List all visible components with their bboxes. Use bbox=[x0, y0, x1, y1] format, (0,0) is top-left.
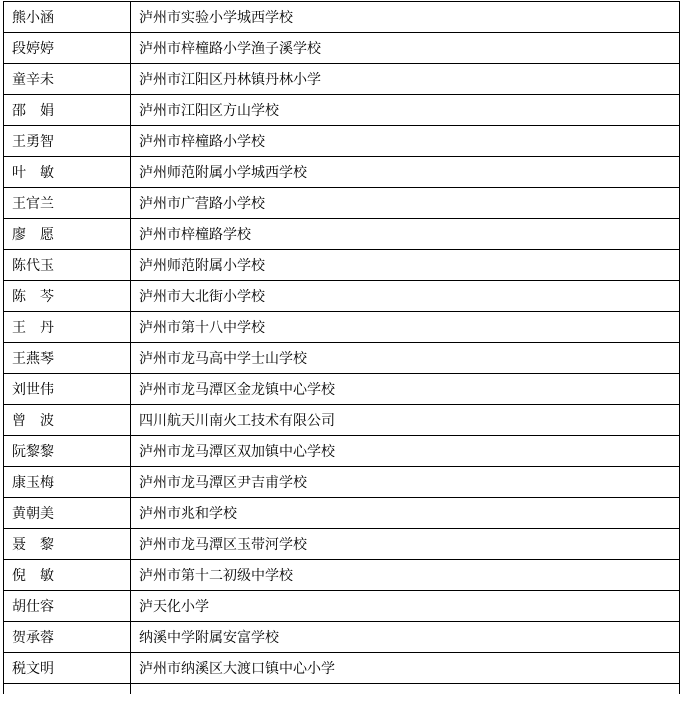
organization-cell: 泸天化小学 bbox=[131, 591, 680, 622]
name-cell bbox=[4, 684, 131, 694]
organization-cell: 泸州市江阳区方山学校 bbox=[131, 95, 680, 126]
organization-cell: 泸州市龙马高中学士山学校 bbox=[131, 343, 680, 374]
name-cell: 邵 娟 bbox=[4, 95, 131, 126]
table-row: 刘世伟泸州市龙马潭区金龙镇中心学校 bbox=[4, 374, 680, 405]
organization-cell: 泸州市龙马潭区双加镇中心学校 bbox=[131, 436, 680, 467]
organization-cell: 泸州市江阳区丹林镇丹林小学 bbox=[131, 64, 680, 95]
roster-table-body: 熊小涵泸州市实验小学城西学校段婷婷泸州市梓橦路小学渔子溪学校童辛未泸州市江阳区丹… bbox=[4, 2, 680, 694]
table-row: 熊小涵泸州市实验小学城西学校 bbox=[4, 2, 680, 33]
organization-cell: 泸州市第十八中学校 bbox=[131, 312, 680, 343]
table-row: 阮黎黎泸州市龙马潭区双加镇中心学校 bbox=[4, 436, 680, 467]
name-cell: 倪 敏 bbox=[4, 560, 131, 591]
organization-cell: 纳溪中学附属安富学校 bbox=[131, 622, 680, 653]
table-row: 曾 波四川航天川南火工技术有限公司 bbox=[4, 405, 680, 436]
table-row: 倪 敏泸州市第十二初级中学校 bbox=[4, 560, 680, 591]
name-cell: 王勇智 bbox=[4, 126, 131, 157]
name-cell: 税文明 bbox=[4, 653, 131, 684]
table-row: 贺承蓉纳溪中学附属安富学校 bbox=[4, 622, 680, 653]
organization-cell: 泸州市兆和学校 bbox=[131, 498, 680, 529]
organization-cell: 泸州市梓橦路小学校 bbox=[131, 126, 680, 157]
organization-cell: 四川航天川南火工技术有限公司 bbox=[131, 405, 680, 436]
name-cell: 聂 黎 bbox=[4, 529, 131, 560]
name-cell: 段婷婷 bbox=[4, 33, 131, 64]
name-cell: 曾 波 bbox=[4, 405, 131, 436]
organization-cell: 泸州市纳溪区大渡口镇中心小学 bbox=[131, 653, 680, 684]
table-row: 税文明泸州市纳溪区大渡口镇中心小学 bbox=[4, 653, 680, 684]
name-cell: 王官兰 bbox=[4, 188, 131, 219]
name-cell: 康玉梅 bbox=[4, 467, 131, 498]
name-cell: 陈代玉 bbox=[4, 250, 131, 281]
table-row: 段婷婷泸州市梓橦路小学渔子溪学校 bbox=[4, 33, 680, 64]
table-row: 王 丹泸州市第十八中学校 bbox=[4, 312, 680, 343]
name-cell: 廖 愿 bbox=[4, 219, 131, 250]
organization-cell: 泸州市第十二初级中学校 bbox=[131, 560, 680, 591]
name-cell: 黄朝美 bbox=[4, 498, 131, 529]
table-row: 童辛未泸州市江阳区丹林镇丹林小学 bbox=[4, 64, 680, 95]
table-row: 黄朝美泸州市兆和学校 bbox=[4, 498, 680, 529]
table-row: 聂 黎泸州市龙马潭区玉带河学校 bbox=[4, 529, 680, 560]
organization-cell: 泸州市梓橦路学校 bbox=[131, 219, 680, 250]
table-row-partial bbox=[4, 684, 680, 694]
table-row: 廖 愿泸州市梓橦路学校 bbox=[4, 219, 680, 250]
name-cell: 童辛未 bbox=[4, 64, 131, 95]
name-cell: 熊小涵 bbox=[4, 2, 131, 33]
table-row: 王官兰泸州市广营路小学校 bbox=[4, 188, 680, 219]
name-cell: 阮黎黎 bbox=[4, 436, 131, 467]
organization-cell: 泸州市大北街小学校 bbox=[131, 281, 680, 312]
table-row: 胡仕容泸天化小学 bbox=[4, 591, 680, 622]
organization-cell: 泸州市广营路小学校 bbox=[131, 188, 680, 219]
table-row: 叶 敏泸州师范附属小学城西学校 bbox=[4, 157, 680, 188]
organization-cell: 泸州市龙马潭区玉带河学校 bbox=[131, 529, 680, 560]
roster-table: 熊小涵泸州市实验小学城西学校段婷婷泸州市梓橦路小学渔子溪学校童辛未泸州市江阳区丹… bbox=[3, 1, 680, 694]
organization-cell: 泸州市龙马潭区尹吉甫学校 bbox=[131, 467, 680, 498]
table-row: 王勇智泸州市梓橦路小学校 bbox=[4, 126, 680, 157]
name-cell: 王 丹 bbox=[4, 312, 131, 343]
table-row: 陈 芩泸州市大北街小学校 bbox=[4, 281, 680, 312]
table-row: 邵 娟泸州市江阳区方山学校 bbox=[4, 95, 680, 126]
table-row: 陈代玉泸州师范附属小学校 bbox=[4, 250, 680, 281]
organization-cell: 泸州市实验小学城西学校 bbox=[131, 2, 680, 33]
name-cell: 王燕琴 bbox=[4, 343, 131, 374]
table-row: 康玉梅泸州市龙马潭区尹吉甫学校 bbox=[4, 467, 680, 498]
name-cell: 叶 敏 bbox=[4, 157, 131, 188]
organization-cell: 泸州师范附属小学校 bbox=[131, 250, 680, 281]
organization-cell: 泸州市梓橦路小学渔子溪学校 bbox=[131, 33, 680, 64]
table-row: 王燕琴泸州市龙马高中学士山学校 bbox=[4, 343, 680, 374]
name-cell: 贺承蓉 bbox=[4, 622, 131, 653]
organization-cell: 泸州市龙马潭区金龙镇中心学校 bbox=[131, 374, 680, 405]
name-cell: 刘世伟 bbox=[4, 374, 131, 405]
name-cell: 陈 芩 bbox=[4, 281, 131, 312]
name-cell: 胡仕容 bbox=[4, 591, 131, 622]
organization-cell bbox=[131, 684, 680, 694]
organization-cell: 泸州师范附属小学城西学校 bbox=[131, 157, 680, 188]
